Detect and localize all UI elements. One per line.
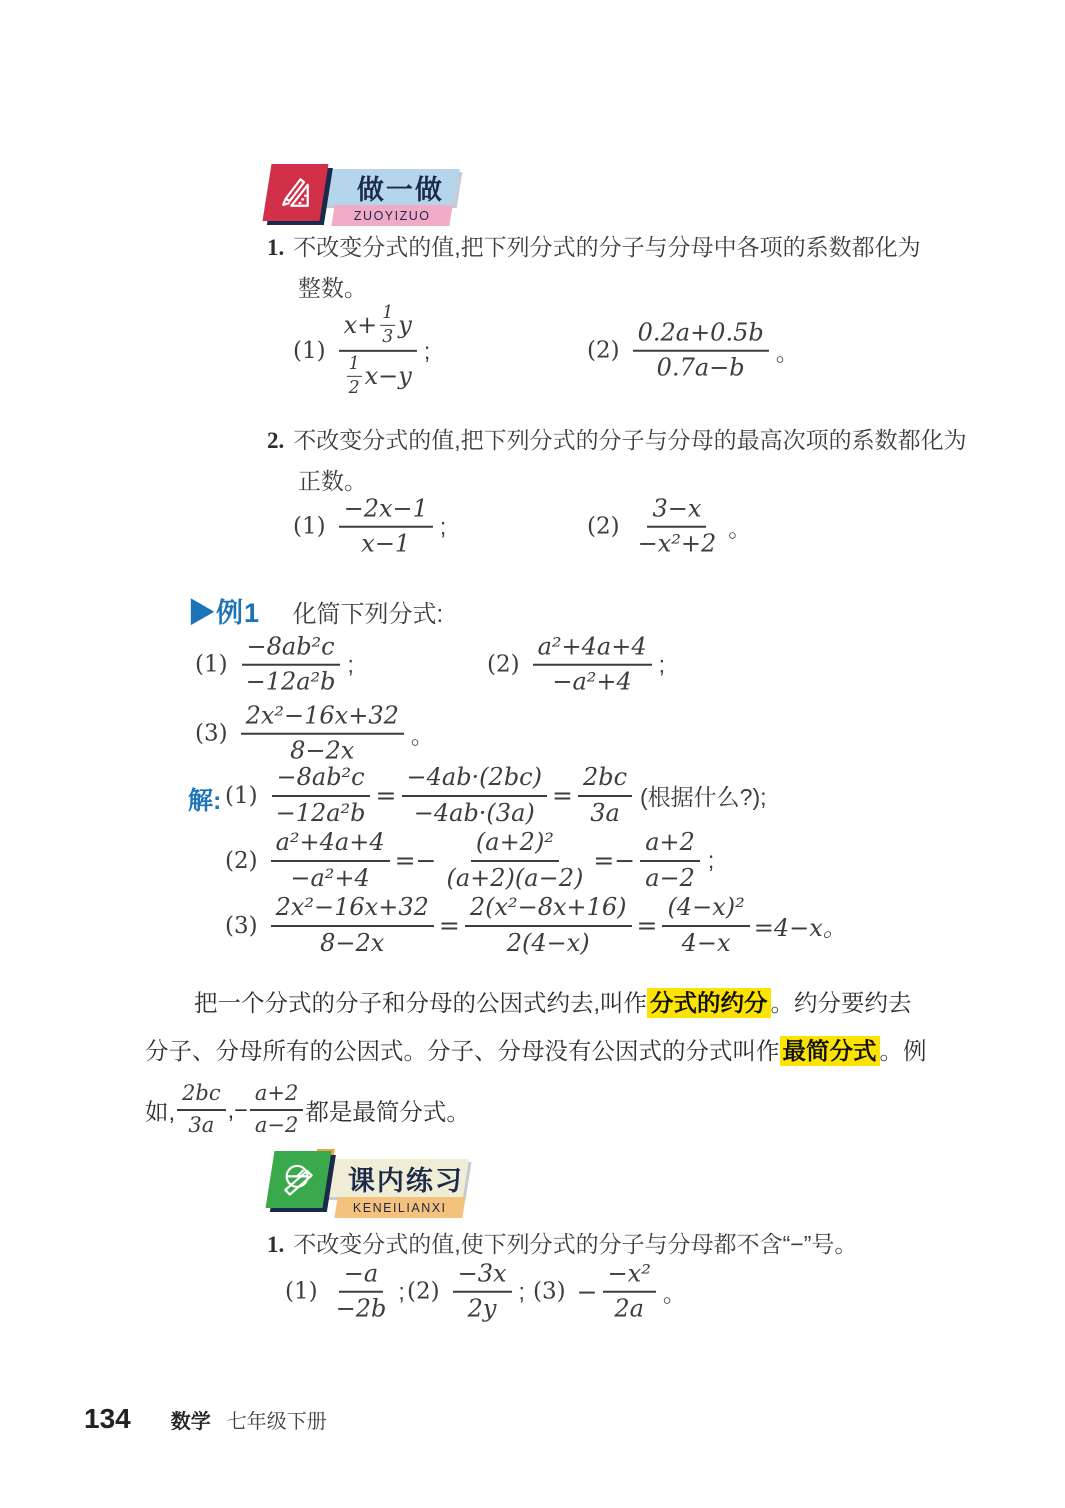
paragraph-text: ,−	[228, 1097, 248, 1124]
numerator: x+ 1 3 y	[339, 303, 417, 352]
fraction: −a −2b	[331, 1260, 392, 1325]
numerator: a+2	[250, 1081, 303, 1111]
inner-fraction: 1 2	[347, 354, 362, 399]
problem-number: 1.	[267, 235, 284, 260]
problem-1-line1: 1.不改变分式的值,把下列分式的分子与分母中各项的系数都化为	[267, 227, 921, 268]
fraction: x+ 1 3 y 1 2 x−y	[339, 303, 417, 399]
item-label: (2)	[487, 652, 520, 678]
item-label: (1)	[195, 652, 228, 678]
denominator: a−2	[250, 1111, 303, 1139]
punctuation: 。	[728, 511, 751, 544]
denominator: 2(4−x)	[502, 927, 595, 958]
formula-item: (2) 3−x −x²+2 。	[587, 495, 751, 560]
item-label: (1)	[293, 514, 326, 540]
equals-sign: =	[552, 781, 573, 810]
numerator: −x²	[603, 1260, 656, 1293]
denominator: −a²+4	[285, 862, 374, 893]
punctuation: ;	[708, 847, 714, 874]
example-title: 化简下列分式:	[292, 601, 443, 628]
section-pinyin: ZUOYIZUO	[354, 209, 431, 223]
denominator: −x²+2	[633, 528, 722, 559]
denominator: 3a	[585, 797, 625, 828]
numerator: 1	[380, 303, 395, 326]
item-label: (2)	[407, 1279, 440, 1305]
punctuation: ;	[659, 652, 665, 679]
keneilianxi-banner: 课内练习	[305, 1159, 469, 1197]
zuoyizuo-pinyin-strip: ZUOYIZUO	[331, 205, 452, 226]
problem-2-line1: 2.不改变分式的值,把下列分式的分子与分母的最高次项的系数都化为	[267, 420, 967, 461]
item-label: (2)	[587, 514, 620, 540]
numerator: a+2	[640, 828, 700, 861]
numerator: a²+4a+4	[533, 633, 652, 666]
formula-item: (1) −a −2b ;	[285, 1260, 405, 1325]
highlighted-term-yuefen: 分式的约分	[647, 988, 771, 1018]
denominator: 1 2 x−y	[339, 352, 417, 399]
numerator: 2(x²−8x+16)	[465, 893, 632, 926]
denominator: x−1	[356, 528, 415, 559]
punctuation: ;	[440, 514, 446, 541]
numerator: 2x²−16x+32	[241, 702, 404, 735]
formula-item: (1) −8ab²c −12a²b ;	[195, 633, 354, 698]
formula-item: (1) x+ 1 3 y 1 2 x−y ;	[293, 303, 430, 399]
section-title: 课内练习	[310, 1159, 464, 1198]
item-label: (2)	[225, 848, 258, 874]
numerator: −3x	[453, 1260, 512, 1293]
denominator: −4ab·(3a)	[409, 797, 540, 828]
fraction: a+2a−2	[250, 1081, 303, 1138]
punctuation: ;	[424, 338, 430, 365]
paragraph-text: 。例	[880, 1038, 927, 1064]
minus-sign: −	[577, 1278, 598, 1307]
item-label: (1)	[285, 1279, 318, 1305]
problem-text: 不改变分式的值,把下列分式的分子与分母的最高次项的系数都化为	[293, 427, 966, 453]
numerator: −4ab·(2bc)	[402, 763, 547, 796]
protractor-ruler-icon	[265, 1151, 331, 1208]
fraction: −4ab·(2bc)−4ab·(3a)	[402, 763, 547, 828]
numerator: 2bc	[177, 1081, 226, 1111]
practice-problem-formulas: (1) −a −2b ; (2) −3x 2y ; (3) − −x² 2a 。	[145, 1253, 1005, 1331]
paragraph-text: 都是最简分式。	[305, 1093, 470, 1127]
fraction: 2x²−16x+328−2x	[271, 893, 434, 958]
item-label: (3)	[533, 1279, 566, 1305]
equals-sign: =	[637, 911, 658, 940]
equals-sign: =−	[593, 846, 635, 875]
fraction: (4−x)²4−x	[662, 893, 749, 958]
page-footer: 134 数学 七年级下册	[84, 1403, 327, 1435]
numerator: (a+2)²	[471, 828, 559, 861]
item-label: (3)	[225, 913, 258, 939]
denominator: −12a²b	[271, 797, 371, 828]
fraction: −3x 2y	[453, 1260, 512, 1325]
fraction: a²+4a+4−a²+4	[271, 828, 390, 893]
example-1-formulas-row2: (3) 2x²−16x+32 8−2x 。	[145, 701, 1005, 767]
result-expression: =4−x。	[754, 908, 847, 943]
problem-1-formulas: (1) x+ 1 3 y 1 2 x−y ;	[145, 296, 1005, 406]
denominator: 4−x	[677, 927, 736, 958]
math-text: y	[398, 311, 412, 340]
formula-item: (2) −3x 2y ;	[407, 1260, 525, 1325]
fraction: −8ab²c−12a²b	[271, 763, 371, 828]
denominator: 3a	[183, 1111, 219, 1139]
fraction: −8ab²c −12a²b	[241, 633, 341, 698]
numerator: −8ab²c	[242, 633, 340, 666]
zuoyizuo-section-badge: 做一做 ZUOYIZUO	[263, 162, 473, 230]
numerator: 3−x	[647, 495, 706, 528]
numerator: −2x−1	[339, 495, 433, 528]
equals-sign: =	[439, 911, 460, 940]
denominator: a−2	[640, 862, 700, 893]
denominator: −2b	[331, 1293, 392, 1324]
equals-sign: =	[376, 781, 397, 810]
punctuation: 。	[411, 718, 434, 751]
punctuation: ;	[398, 1279, 404, 1306]
denominator: 8−2x	[285, 735, 359, 766]
numerator: −8ab²c	[272, 763, 370, 796]
numerator: −a	[339, 1260, 383, 1293]
fraction: 3−x −x²+2	[633, 495, 722, 560]
definition-paragraph: 把一个分式的分子和分母的公因式约去,叫作分式的约分。约分要约去 分子、分母所有的…	[145, 979, 945, 1145]
formula-item: (3) − −x² 2a 。	[533, 1260, 686, 1325]
numerator: 2bc	[578, 763, 632, 796]
solution-block: 解: (1) −8ab²c−12a²b = −4ab·(2bc)−4ab·(3a…	[145, 763, 1005, 958]
problem-number: 2.	[267, 428, 284, 453]
example-1-formulas-row1: (1) −8ab²c −12a²b ; (2) a²+4a+4 −a²+4 ;	[145, 629, 1005, 701]
fraction: 2bc3a	[177, 1081, 226, 1138]
denominator: 3	[380, 326, 395, 348]
item-label: (2)	[587, 338, 620, 364]
denominator: 2a	[609, 1293, 649, 1324]
page-number: 134	[84, 1403, 131, 1435]
formula-item: (1) −2x−1 x−1 ;	[293, 495, 446, 560]
fraction: a+2a−2	[640, 828, 700, 893]
numerator: 0.2a+0.5b	[633, 319, 769, 352]
denominator: 2y	[463, 1293, 502, 1324]
paragraph-line-1: 把一个分式的分子和分母的公因式约去,叫作分式的约分。约分要约去	[145, 979, 945, 1027]
keneilianxi-pinyin-strip: KENEILIANXI	[334, 1197, 465, 1218]
volume-label: 七年级下册	[227, 1405, 327, 1434]
punctuation: ;	[519, 1279, 525, 1306]
fraction: −x² 2a	[603, 1260, 656, 1325]
math-text: x+	[344, 311, 378, 340]
fraction: 2(x²−8x+16)2(4−x)	[465, 893, 632, 958]
inner-fraction: 1 3	[380, 303, 395, 348]
problem-2-formulas: (1) −2x−1 x−1 ; (2) 3−x −x²+2 。	[145, 487, 1005, 567]
paragraph-line-3: 如, 2bc3a ,− a+2a−2 都是最简分式。	[145, 1075, 945, 1145]
solution-step-1: (1) −8ab²c−12a²b = −4ab·(2bc)−4ab·(3a) =…	[145, 763, 1005, 828]
formula-item: (2) 0.2a+0.5b 0.7a−b 。	[587, 319, 799, 384]
paragraph-text: 分子、分母所有的公因式。分子、分母没有公因式的分式叫作	[145, 1038, 780, 1064]
fraction: 2bc3a	[578, 763, 632, 828]
math-text: x−y	[365, 362, 412, 391]
pencil-ruler-icon	[262, 164, 328, 221]
solution-step-2: (2) a²+4a+4−a²+4 =− (a+2)²(a+2)(a−2) =− …	[145, 828, 1005, 893]
denominator: −a²+4	[547, 666, 636, 697]
keneilianxi-section-badge: 课内练习 KENEILIANXI	[266, 1149, 476, 1221]
numerator: (4−x)²	[662, 893, 749, 926]
annotation-text: (根据什么?);	[640, 779, 767, 812]
denominator: 8−2x	[315, 927, 389, 958]
equals-sign: =−	[395, 846, 437, 875]
denominator: (a+2)(a−2)	[442, 862, 589, 893]
fraction: a²+4a+4 −a²+4	[533, 633, 652, 698]
fraction: −2x−1 x−1	[339, 495, 433, 560]
item-label: (1)	[293, 338, 326, 364]
numerator: a²+4a+4	[271, 828, 390, 861]
item-label: (3)	[195, 721, 228, 747]
paragraph-text: 如,	[145, 1093, 175, 1127]
denominator: −12a²b	[241, 666, 341, 697]
punctuation: ;	[348, 652, 354, 679]
paragraph-text: 把一个分式的分子和分母的公因式约去,叫作	[194, 990, 647, 1016]
punctuation: 。	[776, 335, 799, 368]
textbook-page: 做一做 ZUOYIZUO 1.不改变分式的值,把下列分式的分子与分母中各项的系数…	[0, 0, 1065, 1508]
item-label: (1)	[225, 783, 258, 809]
paragraph-line-2: 分子、分母所有的公因式。分子、分母没有公因式的分式叫作最简分式。例	[145, 1027, 945, 1075]
punctuation: 。	[663, 1276, 686, 1309]
example-marker: ▶例1	[188, 598, 260, 628]
section-title: 做一做	[319, 168, 444, 207]
section-pinyin: KENEILIANXI	[353, 1201, 447, 1215]
solution-step-3: (3) 2x²−16x+328−2x = 2(x²−8x+16)2(4−x) =…	[145, 893, 1005, 958]
fraction: 0.2a+0.5b 0.7a−b	[633, 319, 769, 384]
highlighted-term-zuijianfenshi: 最简分式	[780, 1036, 880, 1066]
formula-item: (3) 2x²−16x+32 8−2x 。	[195, 702, 434, 767]
numerator: 2x²−16x+32	[271, 893, 434, 926]
subject-label: 数学	[171, 1405, 211, 1434]
numerator: 1	[347, 354, 362, 377]
denominator: 2	[347, 377, 362, 399]
denominator: 0.7a−b	[652, 352, 750, 383]
problem-text: 不改变分式的值,把下列分式的分子与分母中各项的系数都化为	[293, 234, 920, 260]
fraction: 2x²−16x+32 8−2x	[241, 702, 404, 767]
paragraph-text: 。约分要约去	[771, 990, 912, 1016]
formula-item: (2) a²+4a+4 −a²+4 ;	[487, 633, 665, 698]
example-1-heading: ▶例1 化简下列分式:	[188, 591, 443, 630]
fraction: (a+2)²(a+2)(a−2)	[442, 828, 589, 893]
